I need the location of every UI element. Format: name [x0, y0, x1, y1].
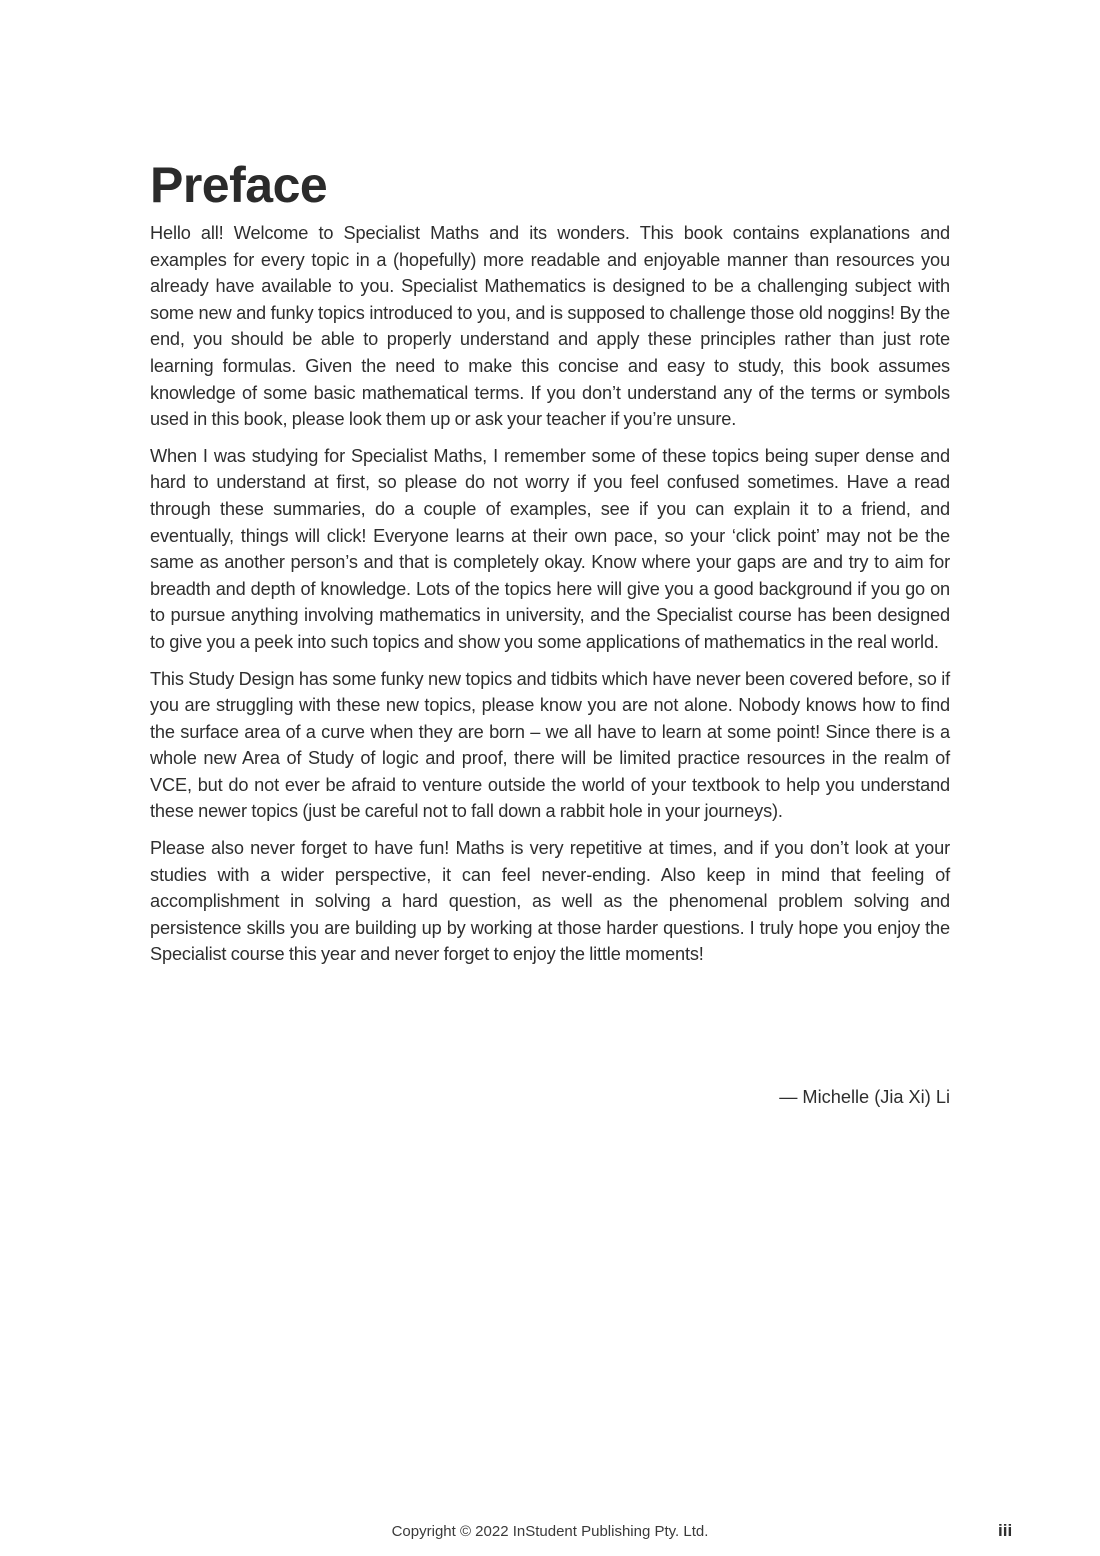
paragraph-2: When I was studying for Specialist Maths…	[150, 443, 950, 656]
page-number: iii	[998, 1519, 1012, 1543]
footer-copyright: Copyright © 2022 InStudent Publishing Pt…	[0, 1521, 1100, 1543]
document-page: Preface Hello all! Welcome to Specialist…	[0, 0, 1100, 1556]
page-title: Preface	[150, 156, 950, 214]
paragraph-1: Hello all! Welcome to Specialist Maths a…	[150, 220, 950, 433]
paragraph-3: This Study Design has some funky new top…	[150, 666, 950, 826]
preface-content: Preface Hello all! Welcome to Specialist…	[150, 156, 950, 978]
author-signature: — Michelle (Jia Xi) Li	[779, 1084, 950, 1110]
paragraph-4: Please also never forget to have fun! Ma…	[150, 835, 950, 968]
